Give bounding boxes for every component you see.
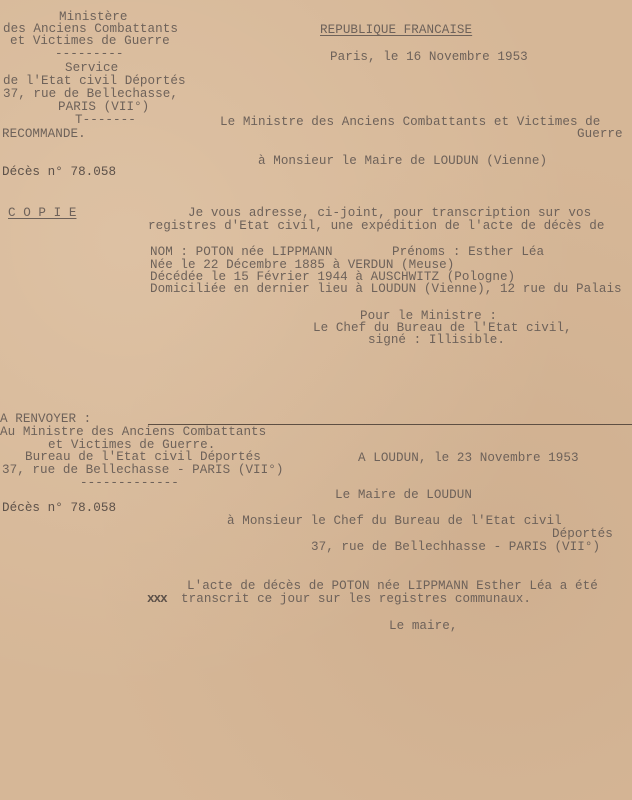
sender-ministry-line-3: et Victimes de Guerre — [10, 35, 170, 47]
from-minister: Le Ministre des Anciens Combattants et V… — [220, 116, 600, 128]
person-first-names: Prénoms : Esther Léa — [392, 246, 544, 258]
reply-body-line-1: L'acte de décès de POTON née LIPPMANN Es… — [187, 580, 598, 592]
reply-death-number: Décès n° 78.058 — [2, 502, 116, 514]
reply-signature: Le maire, — [389, 620, 457, 632]
sender-service-name: de l'Etat civil Déportés — [3, 75, 186, 87]
death-number: Décès n° 78.058 — [2, 166, 116, 178]
reply-to-line-1: à Monsieur le Chef du Bureau de l'Etat c… — [227, 515, 562, 527]
registered-mark: RECOMMANDE. — [2, 128, 86, 140]
person-residence: Domiciliée en dernier lieu à LOUDUN (Vie… — [150, 283, 622, 295]
body-line-1: Je vous adresse, ci-joint, pour transcri… — [188, 207, 591, 219]
sender-city: PARIS (VII°) — [58, 101, 149, 113]
from-minister-cont: Guerre — [577, 128, 623, 140]
return-divider: ------------- — [80, 477, 179, 489]
return-line-4: 37, rue de Bellechasse - PARIS (VII°) — [2, 464, 283, 476]
reply-to-line-3: 37, rue de Bellechhasse - PARIS (VII°) — [311, 541, 600, 553]
sender-divider-2: T------- — [75, 114, 136, 126]
republic-heading: REPUBLIQUE FRANCAISE — [320, 24, 472, 36]
return-line-3: Bureau de l'Etat civil Déportés — [25, 451, 261, 463]
sender-divider: --------- — [55, 48, 123, 60]
reply-from: Le Maire de LOUDUN — [335, 489, 472, 501]
reply-strikeout: xxx — [147, 593, 167, 605]
reply-body-line-2: transcrit ce jour sur les registres comm… — [181, 593, 531, 605]
return-line-1: Au Ministre des Anciens Combattants — [0, 426, 266, 438]
sender-address: 37, rue de Bellechasse, — [3, 88, 178, 100]
person-name: NOM : POTON née LIPPMANN — [150, 246, 333, 258]
place-date: Paris, le 16 Novembre 1953 — [330, 51, 528, 63]
body-line-2: registres d'Etat civil, une expédition d… — [148, 220, 604, 232]
return-heading: A RENVOYER : — [0, 413, 91, 425]
recipient-line: à Monsieur le Maire de LOUDUN (Vienne) — [258, 155, 547, 167]
copy-label: C O P I E — [8, 207, 76, 219]
reply-place-date: A LOUDUN, le 23 Novembre 1953 — [358, 452, 579, 464]
reply-to-line-2: Déportés — [552, 528, 613, 540]
sender-service: Service — [65, 62, 118, 74]
signature-signed: signé : Illisible. — [368, 334, 505, 346]
